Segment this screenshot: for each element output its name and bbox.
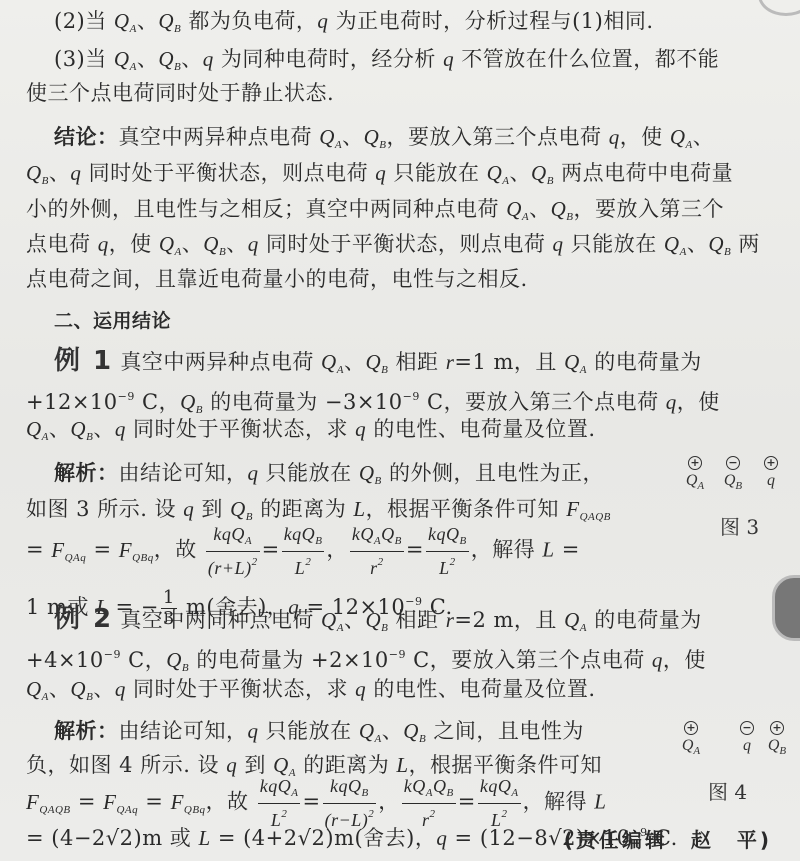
fraction: kqQBL2 [282,524,325,578]
charge-qa: +QA [680,453,710,492]
charge-qa: +QA [676,718,706,757]
charge-qb: +QB [762,718,792,757]
example-2-solution-line-1: 解析：由结论可知，q 只能放在 QA、QB 之间，且电性为 [54,716,614,754]
fraction: kqQA(r+L)2 [206,524,260,578]
example-2-line-1: 例 2 真空中两同种点电荷 QA、QB 相距 r=2 m，且 QA 的电荷量为 [54,604,799,643]
conclusion-line-5: 点电荷之间，且靠近电荷量小的电荷，电性与之相反. [26,264,771,294]
conclusion-line-1: 结论：真空中两异种点电荷 QA、QB，要放入第三个点电荷 q，使 QA、 [54,122,799,160]
fraction: kqQBL2 [426,524,469,578]
example-1-label: 例 1 [54,346,113,376]
figure-3-caption: 图 3 [720,511,759,540]
example-2-line-3: QA、QB、q 同时处于平衡状态，求 q 的电性、电荷量及位置. [26,674,771,712]
conclusion-line-3: 小的外侧，且电性与之相反；真空中两同种点电荷 QA、QB，要放入第三个 [26,194,771,232]
case-2-paragraph: (2)当 QA、QB 都为负电荷，q 为正电荷时，分析过程与(1)相同. [54,6,799,44]
editor-credit: (责任编辑 赵 平) [564,824,772,853]
textbook-page: (2)当 QA、QB 都为负电荷，q 为正电荷时，分析过程与(1)相同. (3)… [0,0,800,861]
positive-charge-icon: + [684,721,698,735]
negative-charge-icon: − [726,456,740,470]
case-3-paragraph-cont: 使三个点电荷同时处于静止状态. [26,78,771,108]
conclusion-label: 结论： [54,125,119,149]
charge-q: −q [732,718,762,755]
figure-4-caption: 图 4 [708,776,747,805]
case-3-paragraph: (3)当 QA、QB、q 为同种电荷时，经分析 q 不管放在什么位置，都不能 [54,44,799,82]
example-1-equation: = FQAq = FQBq，故 kqQA(r+L)2=kqQBL2，kQAQBr… [26,524,771,580]
fraction: kQAQBr2 [350,524,404,578]
figure-4: +QA −q +QB 图 4 [676,718,796,808]
positive-charge-icon: + [764,456,778,470]
example-2-label: 例 2 [54,604,113,634]
example-1-line-3: QA、QB、q 同时处于平衡状态，求 q 的电性、电荷量及位置. [26,414,771,452]
example-1-line-1: 例 1 真空中两异种点电荷 QA、QB 相距 r=1 m，且 QA 的电荷量为 [54,346,799,385]
section-heading: 二、运用结论 [54,306,799,336]
solution-label: 解析： [54,719,119,743]
figure-3: +QA −QB +q 图 3 [680,453,790,543]
positive-charge-icon: + [770,721,784,735]
positive-charge-icon: + [688,456,702,470]
negative-charge-icon: − [740,721,754,735]
conclusion-line-4: 点电荷 q，使 QA、QB、q 同时处于平衡状态，则点电荷 q 只能放在 QA、… [26,229,771,267]
example-1-solution-line-1: 解析：由结论可知，q 只能放在 QB 的外侧，且电性为正， [54,458,614,496]
charge-q: +q [756,453,786,490]
charge-qb: −QB [718,453,748,492]
solution-label: 解析： [54,461,119,485]
conclusion-line-2: QB、q 同时处于平衡状态，则点电荷 q 只能放在 QA、QB 两点电荷中电荷量 [26,158,771,196]
